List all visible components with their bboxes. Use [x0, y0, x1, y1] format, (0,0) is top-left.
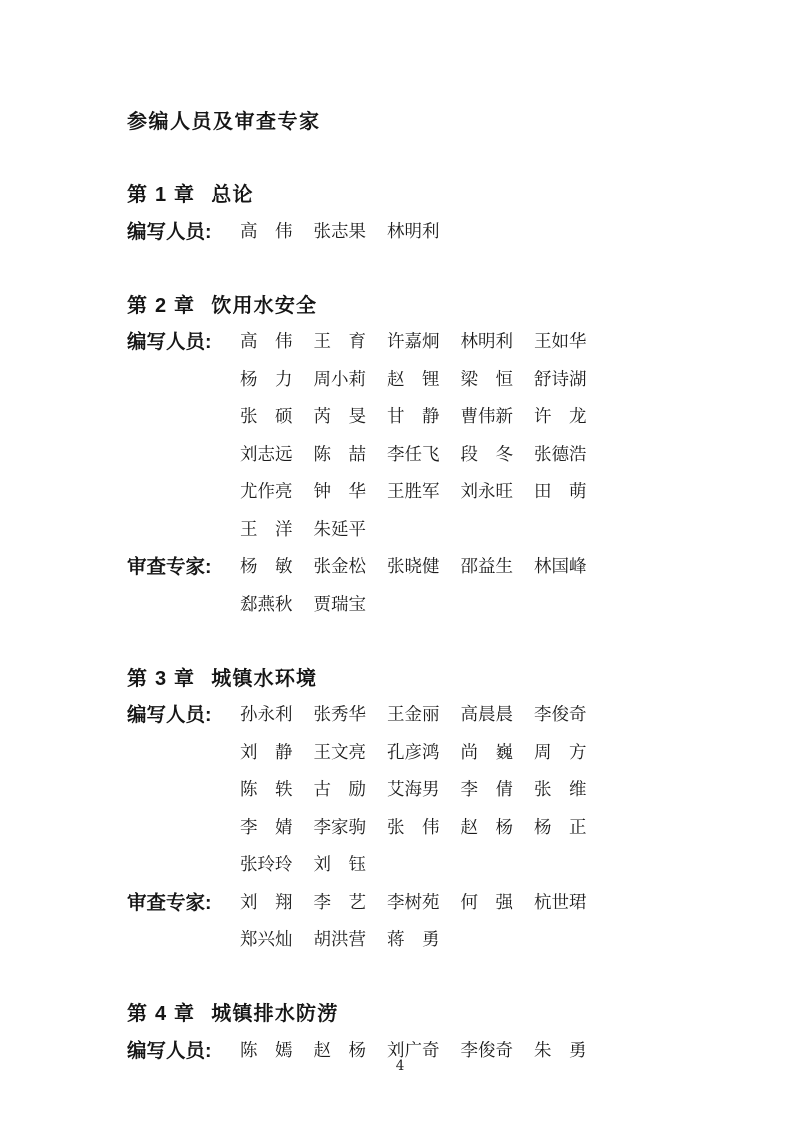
person-name: 李 婧	[240, 810, 293, 847]
document-title: 参编人员及审查专家	[127, 104, 710, 141]
person-name: 艾海男	[387, 772, 440, 809]
name-row: 高 伟王 育许嘉炯林明利王如华	[240, 324, 710, 362]
person-name: 周 方	[534, 735, 587, 772]
person-name: 李 倩	[461, 772, 514, 809]
person-name: 李任飞	[387, 437, 440, 474]
name-row: 杨 敏张金松张晓健邵益生林国峰	[240, 549, 710, 587]
person-name: 王 洋	[240, 512, 293, 549]
person-name: 刘 静	[240, 735, 293, 772]
person-name: 刘永旺	[461, 474, 514, 511]
person-name: 杨 敏	[240, 549, 293, 586]
person-name: 何 强	[461, 885, 514, 922]
name-row: 刘志远陈 喆李任飞段 冬张德浩	[240, 437, 710, 475]
person-name: 李家驹	[314, 810, 367, 847]
person-name: 杨 力	[240, 362, 293, 399]
group-label: 编写人员:	[127, 324, 240, 361]
person-name: 梁 恒	[461, 362, 514, 399]
person-name: 胡洪营	[314, 922, 367, 959]
person-name: 林明利	[387, 214, 440, 251]
name-row: 郄燕秋贾瑞宝	[240, 587, 710, 625]
name-row: 刘 静王文亮孔彦鸿尚 巍周 方	[240, 735, 710, 773]
name-rows: 高 伟张志果林明利	[240, 214, 710, 252]
person-name: 王文亮	[314, 735, 367, 772]
person-name: 林明利	[461, 324, 514, 361]
chapter-number: 第 2 章	[127, 295, 195, 317]
name-row: 高 伟张志果林明利	[240, 214, 710, 252]
group-label: 编写人员:	[127, 697, 240, 734]
group-label: 编写人员:	[127, 214, 240, 251]
person-name: 高晨晨	[461, 697, 514, 734]
person-name: 张金松	[314, 549, 367, 586]
name-rows: 刘 翔李 艺李树苑何 强杭世珺郑兴灿胡洪营蒋 勇	[240, 885, 710, 960]
chapter-section: 第 2 章饮用水安全编写人员:高 伟王 育许嘉炯林明利王如华杨 力周小莉赵 锂梁…	[127, 288, 710, 625]
person-name: 张德浩	[534, 437, 587, 474]
person-name: 许 龙	[534, 399, 587, 436]
contributor-group: 编写人员:孙永利张秀华王金丽高晨晨李俊奇刘 静王文亮孔彦鸿尚 巍周 方陈 轶古 …	[127, 697, 710, 885]
contributor-group: 编写人员:高 伟王 育许嘉炯林明利王如华杨 力周小莉赵 锂梁 恒舒诗湖张 硕芮 …	[127, 324, 710, 549]
person-name: 王胜军	[387, 474, 440, 511]
document-page: 参编人员及审查专家 第 1 章总论编写人员:高 伟张志果林明利第 2 章饮用水安…	[0, 0, 800, 1132]
chapter-title: 城镇排水防涝	[211, 1003, 338, 1025]
person-name: 高 伟	[240, 324, 293, 361]
person-name: 许嘉炯	[387, 324, 440, 361]
person-name: 曹伟新	[461, 399, 514, 436]
name-row: 李 婧李家驹张 伟赵 杨杨 正	[240, 810, 710, 848]
name-rows: 杨 敏张金松张晓健邵益生林国峰郄燕秋贾瑞宝	[240, 549, 710, 624]
contributor-group: 审查专家:杨 敏张金松张晓健邵益生林国峰郄燕秋贾瑞宝	[127, 549, 710, 624]
person-name: 杨 正	[534, 810, 587, 847]
person-name: 朱延平	[314, 512, 367, 549]
person-name: 李俊奇	[534, 697, 587, 734]
person-name: 刘 翔	[240, 885, 293, 922]
person-name: 张晓健	[387, 549, 440, 586]
person-name: 赵 锂	[387, 362, 440, 399]
person-name: 孔彦鸿	[387, 735, 440, 772]
chapter-title: 饮用水安全	[211, 295, 317, 317]
page-content: 参编人员及审查专家 第 1 章总论编写人员:高 伟张志果林明利第 2 章饮用水安…	[0, 0, 800, 1070]
name-row: 孙永利张秀华王金丽高晨晨李俊奇	[240, 697, 710, 735]
person-name: 陈 喆	[314, 437, 367, 474]
person-name: 陈 轶	[240, 772, 293, 809]
chapter-section: 第 3 章城镇水环境编写人员:孙永利张秀华王金丽高晨晨李俊奇刘 静王文亮孔彦鸿尚…	[127, 661, 710, 960]
person-name: 尤作亮	[240, 474, 293, 511]
chapter-heading: 第 3 章城镇水环境	[127, 661, 710, 698]
page-number: 4	[0, 1058, 800, 1074]
chapter-number: 第 4 章	[127, 1003, 195, 1025]
chapter-number: 第 3 章	[127, 668, 195, 690]
sections: 第 1 章总论编写人员:高 伟张志果林明利第 2 章饮用水安全编写人员:高 伟王…	[127, 177, 710, 1070]
name-row: 张 硕芮 旻甘 静曹伟新许 龙	[240, 399, 710, 437]
person-name: 张 维	[534, 772, 587, 809]
name-row: 刘 翔李 艺李树苑何 强杭世珺	[240, 885, 710, 923]
person-name: 贾瑞宝	[314, 587, 367, 624]
person-name: 蒋 勇	[387, 922, 440, 959]
chapter-heading: 第 1 章总论	[127, 177, 710, 214]
person-name: 张 伟	[387, 810, 440, 847]
name-rows: 孙永利张秀华王金丽高晨晨李俊奇刘 静王文亮孔彦鸿尚 巍周 方陈 轶古 励艾海男李…	[240, 697, 710, 885]
person-name: 郄燕秋	[240, 587, 293, 624]
name-row: 杨 力周小莉赵 锂梁 恒舒诗湖	[240, 362, 710, 400]
chapter-number: 第 1 章	[127, 184, 195, 206]
contributor-group: 审查专家:刘 翔李 艺李树苑何 强杭世珺郑兴灿胡洪营蒋 勇	[127, 885, 710, 960]
person-name: 李树苑	[387, 885, 440, 922]
person-name: 王 育	[314, 324, 367, 361]
name-row: 尤作亮钟 华王胜军刘永旺田 萌	[240, 474, 710, 512]
person-name: 邵益生	[461, 549, 514, 586]
person-name: 古 励	[314, 772, 367, 809]
group-label: 审查专家:	[127, 885, 240, 922]
person-name: 芮 旻	[314, 399, 367, 436]
person-name: 赵 杨	[461, 810, 514, 847]
person-name: 周小莉	[314, 362, 367, 399]
group-label: 审查专家:	[127, 549, 240, 586]
person-name: 甘 静	[387, 399, 440, 436]
person-name: 李 艺	[314, 885, 367, 922]
person-name: 张 硕	[240, 399, 293, 436]
chapter-title: 总论	[211, 184, 253, 206]
person-name: 张秀华	[314, 697, 367, 734]
person-name: 刘志远	[240, 437, 293, 474]
person-name: 尚 巍	[461, 735, 514, 772]
person-name: 钟 华	[314, 474, 367, 511]
name-row: 郑兴灿胡洪营蒋 勇	[240, 922, 710, 960]
person-name: 王如华	[534, 324, 587, 361]
person-name: 孙永利	[240, 697, 293, 734]
name-rows: 高 伟王 育许嘉炯林明利王如华杨 力周小莉赵 锂梁 恒舒诗湖张 硕芮 旻甘 静曹…	[240, 324, 710, 549]
person-name: 段 冬	[461, 437, 514, 474]
person-name: 舒诗湖	[534, 362, 587, 399]
person-name: 张玲玲	[240, 847, 293, 884]
person-name: 王金丽	[387, 697, 440, 734]
chapter-section: 第 1 章总论编写人员:高 伟张志果林明利	[127, 177, 710, 251]
person-name: 田 萌	[534, 474, 587, 511]
person-name: 林国峰	[534, 549, 587, 586]
person-name: 高 伟	[240, 214, 293, 251]
name-row: 陈 轶古 励艾海男李 倩张 维	[240, 772, 710, 810]
contributor-group: 编写人员:高 伟张志果林明利	[127, 214, 710, 252]
name-row: 王 洋朱延平	[240, 512, 710, 550]
person-name: 刘 钰	[314, 847, 367, 884]
person-name: 张志果	[314, 214, 367, 251]
chapter-title: 城镇水环境	[211, 668, 317, 690]
person-name: 杭世珺	[534, 885, 587, 922]
chapter-heading: 第 4 章城镇排水防涝	[127, 996, 710, 1033]
name-row: 张玲玲刘 钰	[240, 847, 710, 885]
chapter-heading: 第 2 章饮用水安全	[127, 288, 710, 325]
person-name: 郑兴灿	[240, 922, 293, 959]
